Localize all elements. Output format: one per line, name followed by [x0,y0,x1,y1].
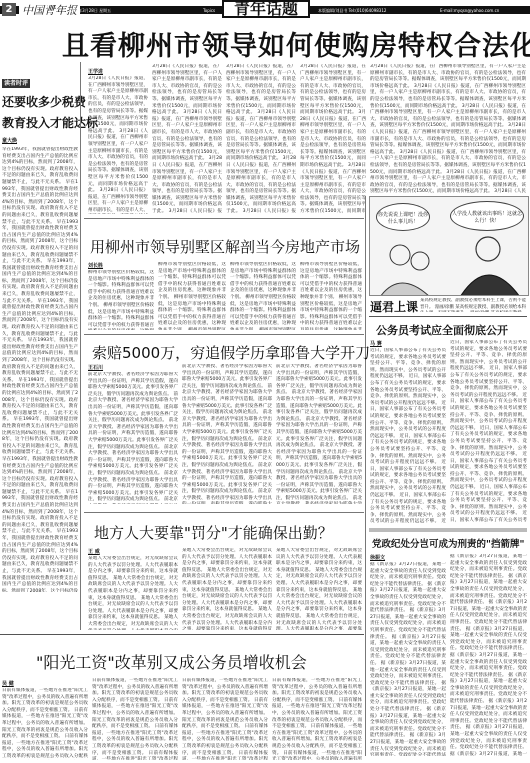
party-discipline-body-col2: 据《新京报》3月27日报道，某地一起重大安全事故的责任人仅受到党政纪处分，而未被… [450,554,527,756]
speech-bubble-right: 人学没人教就该出事吗！这就怎么行！快！ [450,201,524,231]
degree-byline: 王石川 [88,364,103,371]
main-article-body-col5: 3月28日《人民日报》报道，在广西柳州市领导别墅区里，有一户人家户主是原柳州市副… [370,64,526,194]
attendance-byline: 王 威 [88,548,100,555]
party-discipline-byline: 徐振文 [370,554,385,561]
section-band [369,528,527,532]
section-title: 青年话题 [222,0,310,18]
main-byline: 王学进 [88,68,103,75]
degree-article-title: 索赔5000万，穷追假学历拿耶鲁大学开刀 [92,342,370,363]
property-body-col1: 柳州市领导别墅区价格较低，这是房地产市场中特殊利益群体的一个缩影。特殊利益群体可… [88,270,154,330]
page-number: 2 [2,3,16,16]
cartoon-figures-icon [370,233,529,296]
email-contact: E-mail:myqsn@yahoo.com.cn [440,8,499,13]
article-title-line2: 教育投入才能达标 [2,114,78,131]
bottom-section-divider [0,634,364,635]
right-column-divider [365,196,366,756]
degree-body-col1: 前北京大学教授、著名经济学家因为耶鲁大学出具的一份证明，声称其学历造假，遂向耶鲁… [88,372,178,504]
civil-exam-title: 公务员考试应全面彻底公开 [376,322,508,338]
property-article-title: 用柳州市领导别墅区解剖当今房地产市场 [90,236,360,257]
property-body-col3: 柳州市领导别墅区价格较低，这是房地产市场中特殊利益群体的一个缩影。特殊利益群体可… [230,262,296,330]
salary-body-col4: 日前有媒体报道，一些地方在推进"阳光工资"改革过程中，公务员的收入普遍有所增加。… [272,678,362,760]
article-byline: 童大焕 [2,137,78,144]
property-byline: 刘长胜 [88,262,103,269]
attendance-body-col1: 某地人大常委会出台规定，对无故缺席会议的人大代表予以罚分处理。人大代表履职本是分… [88,556,178,630]
cartoon-divider [369,316,527,317]
cartoon-caption: 某高校规定教授、副教授必须给本科生上课，否则不能晋升。 漫画/徐鹏 某高校规定教… [420,298,526,312]
article-education-tax: 读者时评 还要收多少税费 教育投入才能达标 童大焕 早在1993年，我国就曾提出… [2,70,78,592]
civil-exam-byline: 马 赛 [370,340,382,347]
masthead-date: 2008年3月28日 星期五 [68,8,111,14]
salary-body-col2: 日前有媒体报道，一些地方在推进"阳光工资"改革过程中，公务员的收入普遍有所增加。… [92,678,178,760]
civil-exam-body-col2: 近日，国家人事部公布了有关公务员考试的规定，要求各地公务员考试要坚持公开、平等、… [450,340,527,524]
property-body-col2: 柳州市领导别墅区价格较低，这是房地产市场中特殊利益群体的一个缩影。特殊利益群体可… [158,262,226,330]
main-article-body-col3: 3月28日《人民日报》报道，在广西柳州市领导别墅区里，有一户人家户主是原柳州市副… [226,64,296,214]
party-discipline-body-col1: 据《新京报》3月27日报道，某地一起重大安全事故的责任人仅受到党政纪处分，而未被… [370,562,446,756]
property-body-col4: 柳州市领导别墅区价格较低，这是房地产市场中特殊利益群体的一个缩影。特殊利益群体可… [300,262,362,330]
article-title-line1: 还要收多少税费 [2,93,78,110]
masthead-topics: Topics [203,8,215,13]
column-divider [80,62,81,630]
editor-contact: 本版编辑/刘县书 Tel:(010)64098312 [318,8,386,14]
attendance-article-title: 地方人大要靠"罚分"才能确保出勤？ [94,522,333,543]
section-divider [84,218,364,219]
attendance-body-col2: 某地人大常委会出台规定，对无故缺席会议的人大代表予以罚分处理。人大代表履职本是分… [182,548,272,630]
salary-byline: 吴 健 [2,680,14,687]
cartoon-title: 逼君上课 [370,298,418,315]
masthead-slashes: //// [48,4,54,12]
civil-exam-body-col1: 近日，国家人事部公布了有关公务员考试的规定，要求各地公务员考试要坚持公开、平等、… [370,348,446,524]
main-article-body-col4: 3月28日《人民日报》报道，在广西柳州市领导别墅区里，有一户人家户主是原柳州市副… [300,64,366,214]
attendance-body-col3: 某地人大常委会出台规定，对无故缺席会议的人大代表予以罚分处理。人大代表履职本是分… [276,548,362,630]
degree-body-col2: 前北京大学教授、著名经济学家因为耶鲁大学出具的一份证明，声称其学历造假，遂向耶鲁… [182,364,272,504]
party-discipline-title: 党政纪处分岂可成为刑责的"挡箭牌" [372,536,524,550]
degree-body-col3: 前北京大学教授、著名经济学家因为耶鲁大学出具的一份证明，声称其学历造假，遂向耶鲁… [276,364,362,504]
section-divider-2 [84,334,364,335]
speech-bubble-left: 你先说说上课吧！没你什么事儿吗！ [376,203,430,231]
article-tag: 读者时评 [2,79,30,88]
main-article-body-col1: 3月28日《人民日报》报道，在广西柳州市领导别墅区里，有一户人家户主是原柳州市副… [88,76,148,214]
main-headline: 且看柳州市领导如何使购房特权合法化 [62,24,530,63]
section-divider-3 [84,512,364,513]
main-article-body-col2: 3月28日《人民日报》报道，在广西柳州市领导别墅区里，有一户人家户主是原柳州市副… [152,64,222,214]
salary-body-col3: 日前有媒体报道，一些地方在推进"阳光工资"改革过程中，公务员的收入普遍有所增加。… [182,678,268,760]
salary-article-title: "阳光工资"改革别又成公务员增收机会 [36,650,307,673]
cartoon-illustration: 你先说说上课吧！没你什么事儿吗！ 人学没人教就该出事吗！这就怎么行！快！ [369,196,529,296]
salary-body-col1: 日前有媒体报道，一些地方在推进"阳光工资"改革过程中，公务员的收入普遍有所增加。… [2,688,88,760]
article-body: 早在1993年，我国就曾提出财政性教育经费支出占国内生产总值的比例应达到4%的目… [2,147,78,592]
